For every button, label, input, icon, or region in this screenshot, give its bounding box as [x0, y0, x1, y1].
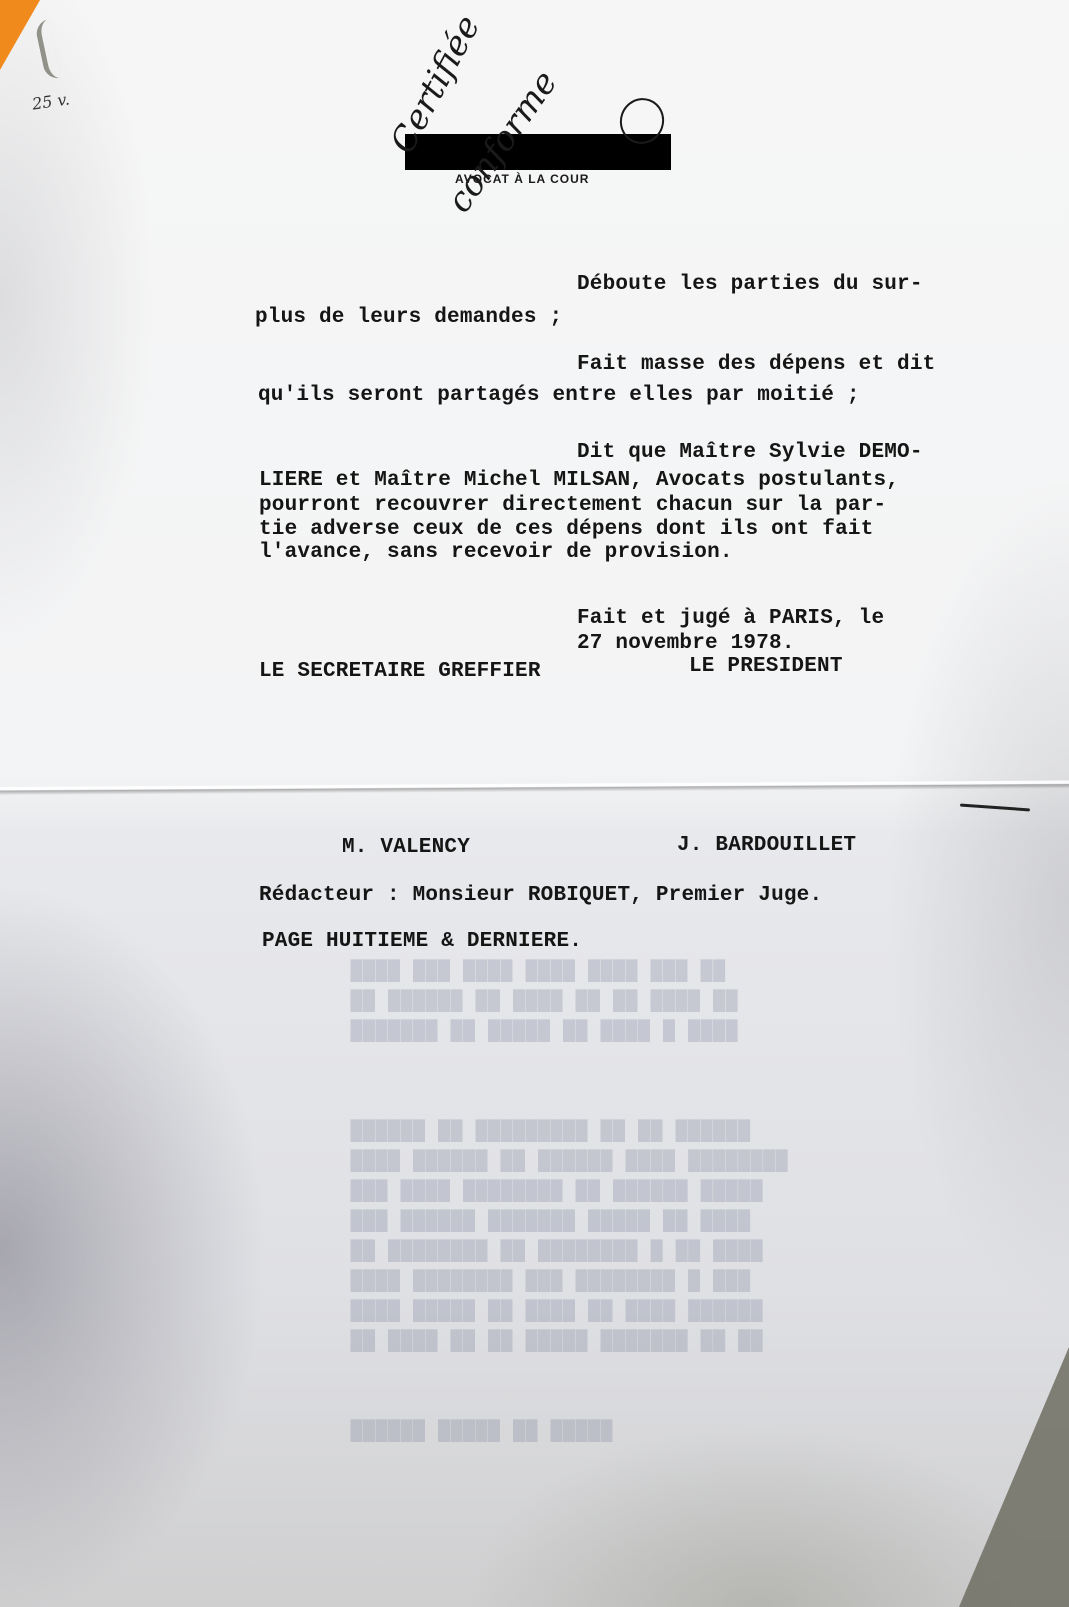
paragraph-3-line-3: pourront recouvrer directement chacun su… [259, 494, 886, 517]
show-through-text: ████ █ ████ ██ █████ ██ ███████ [350, 1020, 738, 1043]
show-through-text: ██ ███ ████ ████ ████ ███ ████ [350, 960, 725, 983]
show-through-text: █████ ██ █████ ██████ [350, 1420, 613, 1443]
paragraph-3-line-4: tie adverse ceux de ces dépens dont ils … [259, 518, 874, 541]
show-through-text: ████ ██ █ ████████ ██ ████████ ██ [350, 1240, 763, 1263]
show-through-text: ████ ██ █████ ███████ ██████ ███ [350, 1210, 750, 1233]
signature-name-greffier: M. VALENCY [342, 836, 470, 859]
show-through-text: ███ █ ████████ ███ ████████ ████ [350, 1270, 750, 1293]
paper-fold-line [0, 780, 1069, 795]
paragraph-1-line-2: plus de leurs demandes ; [255, 306, 562, 329]
paragraph-3-line-5: l'avance, sans recevoir de provision. [259, 541, 733, 564]
paragraph-1-line-1: Déboute les parties du sur- [577, 273, 923, 296]
ink-mark [960, 804, 1030, 812]
show-through-text: ██████ ██ ██ █████████ ██ ██████ [350, 1120, 750, 1143]
show-through-text: ██ ██ ███████ █████ ██ ██ ████ ██ [350, 1330, 763, 1353]
show-through-text: ██████ ████ ██ ████ ██ █████ ████ [350, 1300, 763, 1323]
background-surface-corner [959, 1347, 1069, 1607]
paragraph-3-line-2: LIERE et Maître Michel MILSAN, Avocats p… [259, 469, 899, 492]
paragraph-2-line-2: qu'ils seront partagés entre elles par m… [258, 384, 860, 407]
redacteur-line: Rédacteur : Monsieur ROBIQUET, Premier J… [259, 884, 822, 907]
place-date-line-2: 27 novembre 1978. [577, 632, 795, 655]
signature-role-greffier: LE SECRETAIRE GREFFIER [259, 660, 541, 683]
paragraph-3-line-1: Dit que Maître Sylvie DEMO- [577, 441, 923, 464]
signature-role-president: LE PRESIDENT [689, 655, 843, 678]
show-through-text: ██ ████ ██ ██ ████ ██ ██████ ██ [350, 990, 738, 1013]
background-surface-corner [0, 0, 40, 70]
margin-note: 25 v. [31, 89, 71, 113]
place-date-line-1: Fait et jugé à PARIS, le [577, 607, 884, 630]
show-through-text: ████████ ████ ██████ ██ ██████ ████ [350, 1150, 788, 1173]
show-through-text: █████ ██████ ██ ████████ ████ ███ [350, 1180, 763, 1203]
document-page: 25 v. AVOCAT À LA COUR Certifiée conform… [0, 0, 1069, 1607]
paragraph-2-line-1: Fait masse des dépens et dit [577, 353, 935, 376]
signature-name-president: J. BARDOUILLET [677, 834, 856, 857]
page-label: PAGE HUITIEME & DERNIERE. [262, 930, 582, 953]
